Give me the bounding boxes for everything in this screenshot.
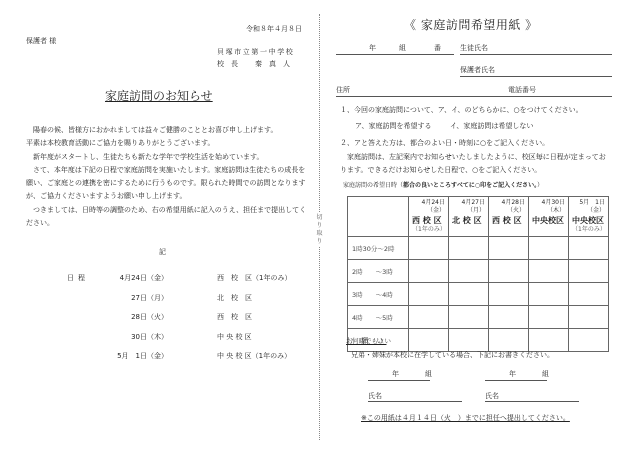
caption-end: ） (537, 182, 543, 189)
question-1: １、今回の家庭訪問について、ア、イ、のどちらかに、○をつけてください。 (340, 106, 583, 115)
col-date: 4月28日 (492, 199, 525, 207)
slot-cell[interactable] (489, 260, 529, 283)
slot-cell[interactable] (529, 329, 569, 352)
class-label: 組 (425, 370, 432, 379)
slot-cell[interactable] (529, 260, 569, 283)
slot-cell[interactable] (409, 237, 449, 260)
slot-cell[interactable] (489, 283, 529, 306)
col-day: （金） (412, 207, 445, 215)
column-header: 4月24日 （金） 西 校 区 （1年のみ） (409, 197, 449, 237)
col-day: （木） (532, 207, 565, 215)
schedule-table: 4月24日 （金） 西 校 区 （1年のみ） 4月27日 （月） 北 校 区 4… (347, 196, 609, 352)
schedule-date: 27日（月） (131, 294, 168, 303)
sibling-2-name-field[interactable]: 氏名 (485, 392, 579, 402)
paragraph: つきましては、日時等の調整のため、右の希望用紙に記入のうえ、担任まで提出してくだ… (26, 204, 308, 231)
paragraph: さて、本年度は下記の日程で家庭訪問を実施いたします。家庭訪問は生徒たちの成長を願… (26, 164, 308, 204)
issue-date: 令和８年４月８日 (246, 25, 302, 34)
question-2: ２、アと答えた方は、都合のよい日・時刻に○をご記入ください。 (340, 139, 549, 148)
school-name: 貝塚市立第一中学校 (217, 48, 294, 57)
col-district: 北 校 区 (452, 215, 485, 226)
time-slot-label: 4時 ～5時 (348, 306, 409, 329)
option-b[interactable]: イ、家庭訪問は希望しない (450, 122, 533, 131)
option-a[interactable]: ア、家庭訪問を希望する (355, 122, 431, 130)
schedule-date: 4月24日（金） (120, 274, 168, 283)
slot-cell[interactable] (409, 260, 449, 283)
schedule-place: 西 校 区 (217, 313, 252, 322)
form-title: 《 家庭訪問希望用紙 》 (404, 18, 538, 32)
schedule-place: 西 校 区（1年のみ） (217, 274, 291, 283)
address-phone-field[interactable]: 住所 電話番号 (336, 86, 612, 97)
slot-cell[interactable] (449, 260, 489, 283)
grade-class-number-field[interactable]: 年 組 番 (336, 44, 454, 55)
schedule-row: 28日（火） 西 校 区 (67, 313, 327, 333)
phone-label: 電話番号 (508, 86, 536, 95)
col-day: （月） (452, 207, 485, 215)
request-body: 兄弟・姉妹が本校に在学している場合、下記にお書きください。 (351, 351, 554, 360)
number-label: 番 (434, 44, 441, 53)
guardian-name-label: 保護者氏名 (460, 66, 495, 74)
col-date: 4月27日 (452, 199, 485, 207)
slot-cell[interactable] (449, 237, 489, 260)
slot-cell[interactable] (409, 329, 449, 352)
principal-name: 秦 真 人 (255, 60, 290, 69)
slot-cell[interactable] (489, 306, 529, 329)
column-header: 5月 1日 （金） 中央校区 （1年のみ） (569, 197, 609, 237)
time-slot-label: 3時 ～4時 (348, 283, 409, 306)
col-note: （1年のみ） (572, 226, 605, 234)
schedule-place: 中 央 校 区（1年のみ） (217, 352, 291, 361)
submission-deadline: ※この用紙は４月１４日（火 ）までに担任へ提出してください。 (361, 414, 570, 423)
col-district: 西 校 区 (492, 215, 525, 226)
schedule-row: 27日（月） 北 校 区 (67, 294, 327, 314)
paragraph: 陽春の候、皆様方におかれましては益々ご健勝のこととお喜び申し上げます。 (26, 124, 308, 137)
caption-text: 家庭訪問の希望日時（ (343, 182, 403, 189)
slot-cell[interactable] (449, 329, 489, 352)
addressee: 保護者 様 (26, 37, 56, 46)
class-label: 組 (399, 44, 406, 53)
slot-cell[interactable] (529, 283, 569, 306)
schedule-date: 5月 1日（金） (117, 352, 168, 361)
ki-heading: 記 (159, 248, 166, 257)
slot-cell[interactable] (409, 283, 449, 306)
col-date: 4月30日 (532, 199, 565, 207)
schedule-place: 中 央 校 区 (217, 333, 252, 342)
schedule-row: 日程 4月24日（金） 西 校 区（1年のみ） (67, 274, 327, 294)
request-heading: お 願 い (346, 337, 386, 346)
corner-cell (348, 197, 409, 237)
table-header-row: 4月24日 （金） 西 校 区 （1年のみ） 4月27日 （月） 北 校 区 4… (348, 197, 609, 237)
column-header: 4月28日 （火） 西 校 区 (489, 197, 529, 237)
guardian-name-field[interactable]: 保護者氏名 (460, 66, 612, 77)
sibling-1-grade-class-field[interactable]: 年 組 (368, 370, 430, 381)
slot-cell[interactable] (409, 306, 449, 329)
table-row: 3時 ～4時 (348, 283, 609, 306)
schedule-date: 30日（木） (131, 333, 168, 342)
notice-title: 家庭訪問のお知らせ (105, 89, 213, 103)
sibling-1-name-field[interactable]: 氏名 (368, 392, 462, 402)
name-label: 氏名 (368, 392, 382, 400)
slot-cell[interactable] (489, 237, 529, 260)
slot-cell[interactable] (449, 283, 489, 306)
schedule-place: 北 校 区 (217, 294, 252, 303)
question-1-options: ア、家庭訪問を希望する イ、家庭訪問は希望しない (355, 122, 605, 132)
table-row: 2時 ～3時 (348, 260, 609, 283)
class-label: 組 (542, 370, 549, 379)
grade-label: 年 (392, 370, 399, 379)
col-note: （1年のみ） (412, 226, 445, 234)
slot-cell[interactable] (569, 306, 609, 329)
column-header: 4月30日 （木） 中央校区 (529, 197, 569, 237)
slot-cell[interactable] (529, 237, 569, 260)
grade-label: 年 (509, 370, 516, 379)
principal: 校 長秦 真 人 (217, 60, 290, 69)
slot-cell[interactable] (529, 306, 569, 329)
schedule-label: 日程 (67, 274, 89, 283)
slot-cell[interactable] (489, 329, 529, 352)
question-2-body: 家庭訪問は、左記案内でお知らせいたしましたように、校区毎に日程が定まっております… (340, 151, 612, 177)
schedule-row: 5月 1日（金） 中 央 校 区（1年のみ） (67, 352, 327, 372)
caption-bold: 都合の良いところすべてに○印をご記入ください。 (403, 182, 537, 189)
schedule: 日程 4月24日（金） 西 校 区（1年のみ） 27日（月） 北 校 区 28日… (67, 274, 327, 372)
col-district: 中央校区 (532, 215, 565, 226)
col-date: 4月24日 (412, 199, 445, 207)
slot-cell[interactable] (569, 329, 609, 352)
col-day: （金） (572, 207, 605, 215)
name-label: 氏名 (485, 392, 499, 400)
time-slot-label: 2時 ～3時 (348, 260, 409, 283)
notice-body: 陽春の候、皆様方におかれましては益々ご健勝のこととお喜び申し上げます。 平素は本… (26, 124, 308, 230)
paragraph: 平素は本校教育活動にご協力を賜りありがとうございます。 (26, 137, 308, 150)
table-row: 1時30分～2時 (348, 237, 609, 260)
schedule-row: 30日（木） 中 央 校 区 (67, 333, 327, 353)
sibling-2-grade-class-field[interactable]: 年 組 (485, 370, 547, 381)
slot-cell[interactable] (569, 237, 609, 260)
table-row: 4時 ～5時 (348, 306, 609, 329)
address-label: 住所 (336, 86, 350, 94)
paragraph: 新年度がスタートし、生徒たちも新たな学年で学校生活を始めています。 (26, 151, 308, 164)
student-name-field[interactable]: 生徒氏名 (460, 44, 612, 55)
slot-cell[interactable] (569, 283, 609, 306)
slot-cell[interactable] (569, 260, 609, 283)
time-slot-label: 1時30分～2時 (348, 237, 409, 260)
col-date: 5月 1日 (572, 199, 605, 207)
col-district: 中央校区 (572, 215, 605, 226)
cut-label: 切り取り (315, 213, 324, 247)
grade-label: 年 (369, 44, 376, 53)
col-district: 西 校 区 (412, 215, 445, 226)
schedule-date: 28日（火） (131, 313, 168, 322)
slot-cell[interactable] (449, 306, 489, 329)
principal-title: 校 長 (217, 60, 255, 69)
column-header: 4月27日 （月） 北 校 区 (449, 197, 489, 237)
table-row: 何時でもよい (348, 329, 609, 352)
student-name-label: 生徒氏名 (460, 44, 488, 52)
col-day: （火） (492, 207, 525, 215)
table-caption: 家庭訪問の希望日時（都合の良いところすべてに○印をご記入ください。） (343, 182, 543, 190)
